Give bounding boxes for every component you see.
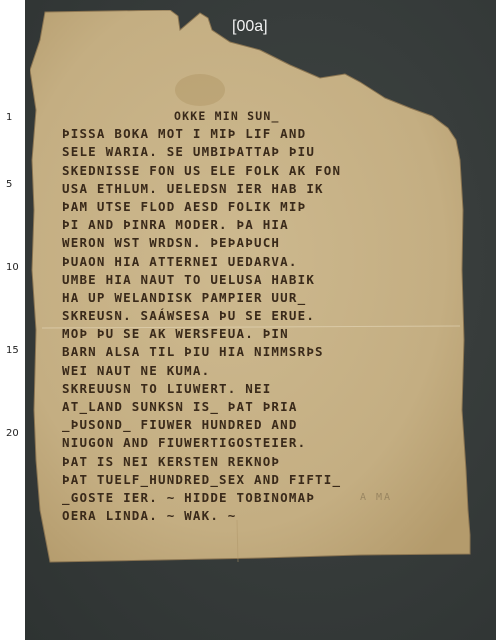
text-line: HA UP WELANDISK PAMPIER UUR_: [62, 289, 462, 307]
text-line: MOÞ ÞU SE AK WERSFEUA. ÞIN: [62, 325, 462, 343]
text-line: _ÞUSOND_ FIUWER HUNDRED AND: [62, 416, 462, 434]
text-line: ÞAT IS NEI KERSTEN REKNOÞ: [62, 453, 462, 471]
line-number-margin: 1 5 10 15 20: [0, 0, 25, 640]
line-number-15: 15: [6, 345, 19, 356]
line-number-10: 10: [6, 262, 19, 273]
line-number-5: 5: [6, 179, 12, 190]
text-line: UMBE HIA NAUT TO UELUSA HABIK: [62, 271, 462, 289]
manuscript-title: OKKE MIN SUN_: [62, 107, 462, 125]
line-number-20: 20: [6, 428, 19, 439]
text-line: SKREUSN. SAÁWSESA ÞU SE ERUE.: [62, 307, 462, 325]
text-line: ÞAM UTSE FLOD AESD FOLIK MIÞ: [62, 198, 462, 216]
text-line: ÞISSA BOKA MOT I MIÞ LIF AND: [62, 125, 462, 143]
text-line: ÞUAON HIA ATTERNEI UEDARVA.: [62, 253, 462, 271]
text-line: OERA LINDA. ~ WAK. ~: [62, 507, 462, 525]
line-number-1: 1: [6, 112, 12, 123]
text-line: WERON WST WRDSN. ÞEÞAÞUCH: [62, 234, 462, 252]
text-line: _GOSTE IER. ~ HIDDE TOBINOMAÞ: [62, 489, 462, 507]
text-line: ÞI AND ÞINRA MODER. ÞA HIA: [62, 216, 462, 234]
faint-trace-text: A MA: [360, 492, 392, 503]
text-line: NIUGON AND FIUWERTIGOSTEIER.: [62, 434, 462, 452]
text-line: ÞAT TUELF_HUNDRED_SEX AND FIFTI_: [62, 471, 462, 489]
text-line: AT_LAND SUNKSN IS_ ÞAT ÞRIA: [62, 398, 462, 416]
manuscript-text: OKKE MIN SUN_ ÞISSA BOKA MOT I MIÞ LIF A…: [62, 107, 462, 525]
text-line: SKEDNISSE FON US ELE FOLK AK FON: [62, 162, 462, 180]
text-line: SKREUUSN TO LIUWERT. NEI: [62, 380, 462, 398]
text-line: USA ETHLUM. UELEDSN IER HAB IK: [62, 180, 462, 198]
text-line: SELE WARIA. SE UMBIÞATTAÞ ÞIU: [62, 143, 462, 161]
folio-label: [00a]: [232, 18, 268, 36]
text-line: BARN ALSA TIL ÞIU HIA NIMMSRÞS: [62, 343, 462, 361]
text-line: WEI NAUT NE KUMA.: [62, 362, 462, 380]
